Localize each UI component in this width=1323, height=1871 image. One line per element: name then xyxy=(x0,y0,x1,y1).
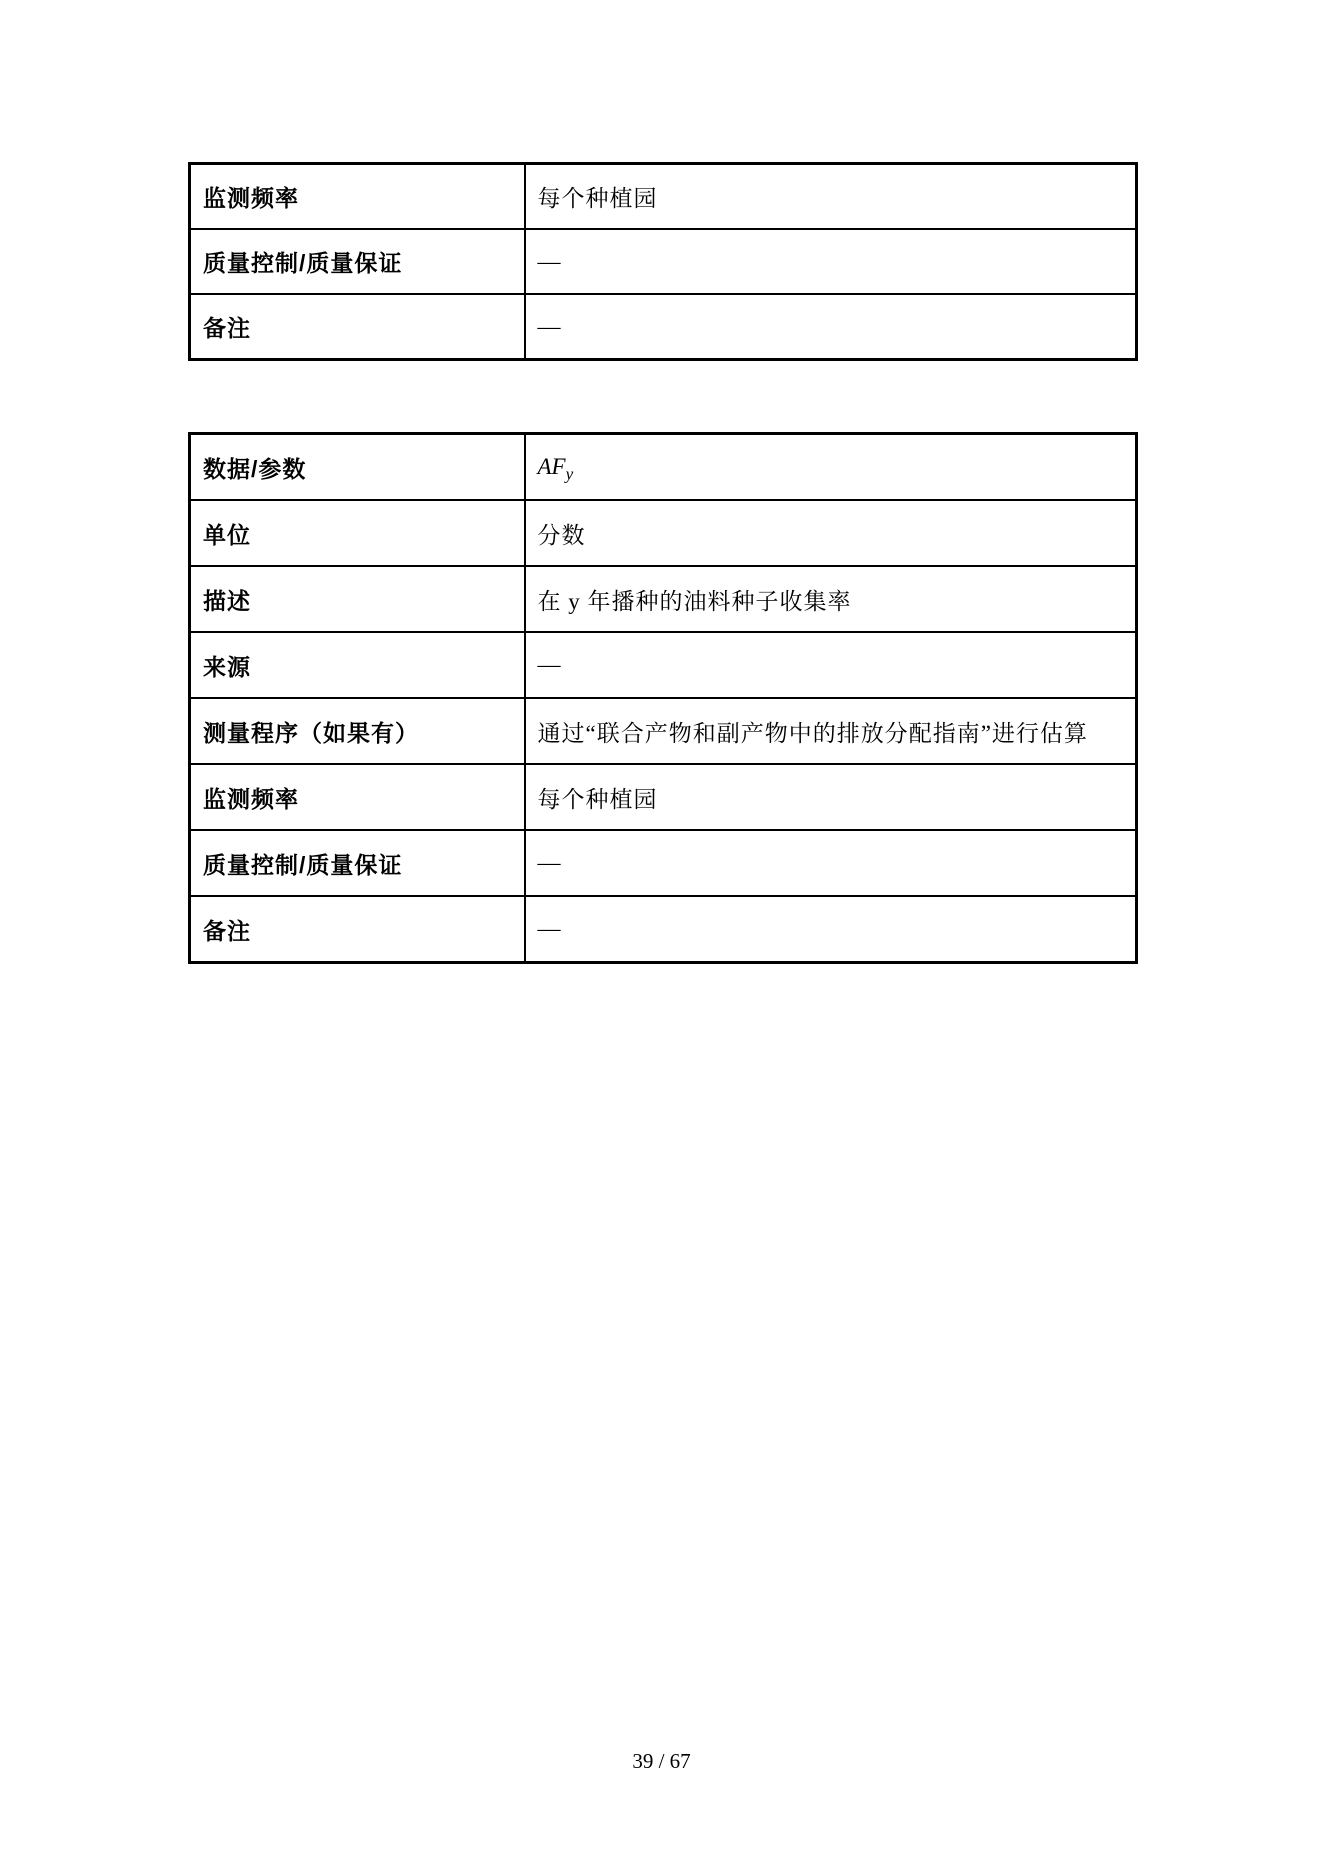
row-value: — xyxy=(525,294,1137,360)
row-label: 监测频率 xyxy=(190,764,525,830)
table-row: 来源 — xyxy=(190,632,1137,698)
table-row: 监测频率 每个种植园 xyxy=(190,164,1137,230)
table-row: 测量程序（如果有） 通过“联合产物和副产物中的排放分配指南”进行估算 xyxy=(190,698,1137,764)
row-value: 通过“联合产物和副产物中的排放分配指南”进行估算 xyxy=(525,698,1137,764)
parameter-symbol: AF xyxy=(538,454,566,479)
table-row: 质量控制/质量保证 — xyxy=(190,229,1137,294)
row-label: 质量控制/质量保证 xyxy=(190,830,525,896)
row-label: 备注 xyxy=(190,294,525,360)
row-label: 备注 xyxy=(190,896,525,963)
row-value: — xyxy=(525,896,1137,963)
document-page: 监测频率 每个种植园 质量控制/质量保证 — 备注 — 数据/参数 AFy 单位… xyxy=(0,0,1323,1871)
row-label: 数据/参数 xyxy=(190,434,525,501)
row-label: 质量控制/质量保证 xyxy=(190,229,525,294)
table-row: 备注 — xyxy=(190,896,1137,963)
table-row: 数据/参数 AFy xyxy=(190,434,1137,501)
table-row: 单位 分数 xyxy=(190,500,1137,566)
row-value: — xyxy=(525,830,1137,896)
row-value: 在 y 年播种的油料种子收集率 xyxy=(525,566,1137,632)
page-number: 39 / 67 xyxy=(0,1749,1323,1774)
row-value: 分数 xyxy=(525,500,1137,566)
row-label: 监测频率 xyxy=(190,164,525,230)
row-value: 每个种植园 xyxy=(525,164,1137,230)
row-value: — xyxy=(525,229,1137,294)
row-label: 单位 xyxy=(190,500,525,566)
row-label: 来源 xyxy=(190,632,525,698)
parameter-subscript: y xyxy=(566,465,574,484)
row-label: 描述 xyxy=(190,566,525,632)
monitoring-table: 监测频率 每个种植园 质量控制/质量保证 — 备注 — xyxy=(188,162,1138,361)
row-value: AFy xyxy=(525,434,1137,501)
table-row: 质量控制/质量保证 — xyxy=(190,830,1137,896)
table-row: 备注 — xyxy=(190,294,1137,360)
parameter-table: 数据/参数 AFy 单位 分数 描述 在 y 年播种的油料种子收集率 来源 — … xyxy=(188,432,1138,964)
row-value: 每个种植园 xyxy=(525,764,1137,830)
row-label: 测量程序（如果有） xyxy=(190,698,525,764)
table-row: 描述 在 y 年播种的油料种子收集率 xyxy=(190,566,1137,632)
row-value: — xyxy=(525,632,1137,698)
table-row: 监测频率 每个种植园 xyxy=(190,764,1137,830)
